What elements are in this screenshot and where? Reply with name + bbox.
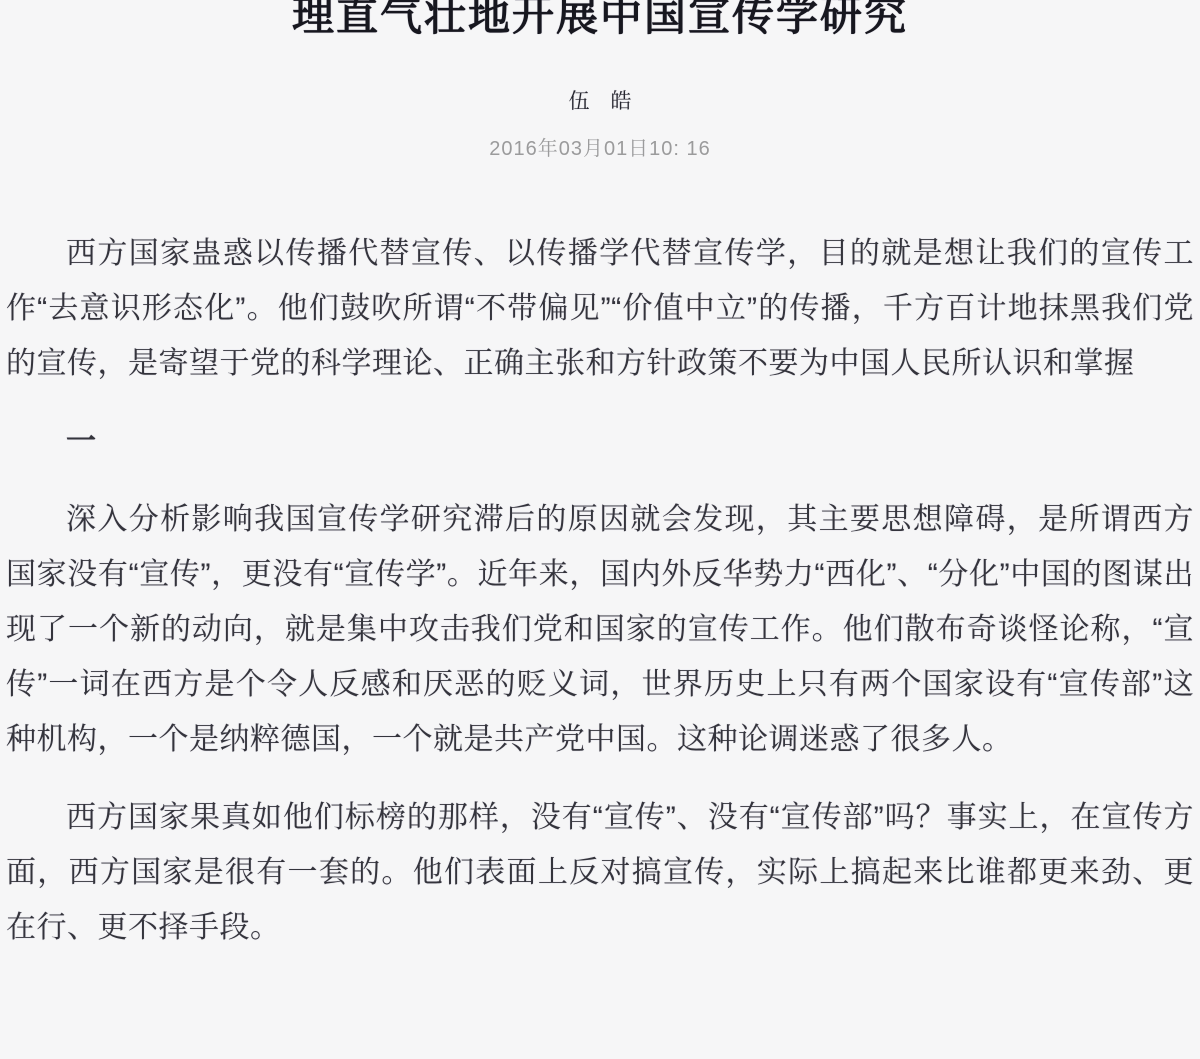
paragraph: 西方国家果真如他们标榜的那样，没有“宣传”、没有“宣传部”吗？事实上，在宣传方面… — [6, 790, 1194, 955]
paragraph: 深入分析影响我国宣传学研究滞后的原因就会发现，其主要思想障碍，是所谓西方国家没有… — [6, 492, 1194, 767]
author-name: 伍 皓 — [6, 89, 1194, 114]
section-number: 一 — [6, 414, 1194, 469]
article-title: 理直气壮地开展中国宣传学研究 — [6, 0, 1194, 45]
article-page: 理直气壮地开展中国宣传学研究 伍 皓 2016年03月01日10: 16 西方国… — [0, 0, 1200, 1059]
article-body: 西方国家蛊惑以传播代替宣传、以传播学代替宣传学，目的就是想让我们的宣传工作“去意… — [6, 226, 1194, 955]
paragraph: 西方国家蛊惑以传播代替宣传、以传播学代替宣传学，目的就是想让我们的宣传工作“去意… — [6, 226, 1194, 391]
publish-date: 2016年03月01日10: 16 — [6, 137, 1194, 162]
